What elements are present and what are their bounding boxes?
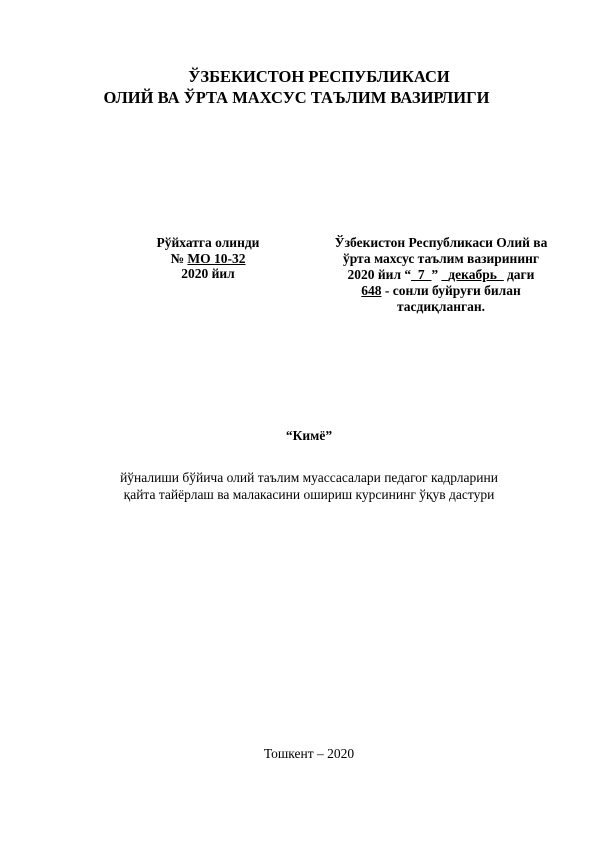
registration-block: Рўйхатга олинди № МО 10-32 2020 йил [110,235,306,282]
approval-day: _7_ [411,267,431,282]
description-line-1: йўналиши бўйича олий таълим муассасалари… [0,469,593,486]
approval-line-1: Ўзбекистон Республикаси Олий ва [305,235,577,251]
approval-block: Ўзбекистон Республикаси Олий ва ўрта мах… [305,235,577,315]
approval-date-suffix: даги [504,267,535,282]
header-line-2: ОЛИЙ ВА ЎРТА МАХСУС ТАЪЛИМ ВАЗИРЛИГИ [0,87,593,108]
approval-month: _декабрь_ [442,267,504,282]
approval-line-2: ўрта махсус таълим вазирининг [305,251,577,267]
ministry-header: ЎЗБЕКИСТОН РЕСПУБЛИКАСИ ОЛИЙ ВА ЎРТА МАХ… [0,66,593,108]
order-number: 648 [361,283,381,298]
footer-city-year: Тошкент – 2020 [0,746,593,762]
approval-date-line: 2020 йил “_7_” _декабрь_ даги [305,267,577,283]
registration-number-line: № МО 10-32 [110,251,306,267]
registration-year: 2020 йил [110,266,306,282]
subject-title: “Кимё” [0,428,593,444]
approval-date-mid: ” [431,267,441,282]
approval-date-prefix: 2020 йил “ [348,267,412,282]
order-suffix: - сонли буйруғи билан [381,283,520,298]
header-line-1: ЎЗБЕКИСТОН РЕСПУБЛИКАСИ [0,66,593,87]
approval-line-5: тасдиқланган. [305,299,577,315]
number-sign: № [170,251,184,266]
description-line-2: қайта тайёрлаш ва малакасини ошириш курс… [0,486,593,503]
registration-label: Рўйхатга олинди [110,235,306,251]
registration-number: МО 10-32 [187,251,245,266]
program-description: йўналиши бўйича олий таълим муассасалари… [0,469,593,503]
approval-order-line: 648 - сонли буйруғи билан [305,283,577,299]
